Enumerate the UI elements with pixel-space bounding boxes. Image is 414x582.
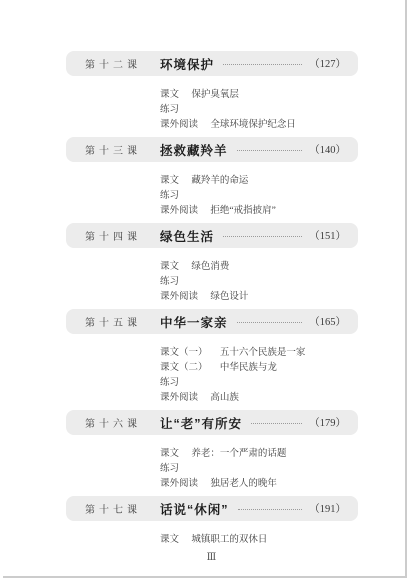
lesson-sub-item: 课外阅读 绿色设计 [160, 290, 358, 305]
dot-leader [251, 423, 302, 424]
sub-item-label: 练习 [160, 464, 179, 474]
sub-item-label: 课文 [160, 535, 179, 545]
lesson-sub-item: 课文 养老：一个严肃的话题 [160, 447, 358, 462]
sub-item-text: 保护臭氧层 [191, 90, 239, 100]
toc-section: 第十三课 拯救藏羚羊 （140） 课文 藏羚羊的命运 练习 课外阅读 拒绝“戒指… [66, 137, 358, 219]
lesson-header: 第十三课 拯救藏羚羊 （140） [66, 137, 358, 162]
lesson-sub-item: 练习 [160, 462, 358, 477]
table-of-contents: 第十二课 环境保护 （127） 课文 保护臭氧层 练习 课外阅读 全球环境保护纪… [66, 51, 358, 563]
lesson-sub-items: 课文 藏羚羊的命运 练习 课外阅读 拒绝“戒指披肩” [66, 174, 358, 219]
toc-section-list: 第十二课 环境保护 （127） 课文 保护臭氧层 练习 课外阅读 全球环境保护纪… [66, 51, 358, 548]
lesson-sub-item: 课外阅读 拒绝“戒指披肩” [160, 204, 358, 219]
lesson-sub-item: 课文（二） 中华民族与龙 [160, 361, 358, 376]
sub-item-text: 中华民族与龙 [220, 363, 277, 373]
lesson-title: 环境保护 [160, 55, 214, 73]
lesson-page-number: （151） [309, 228, 346, 243]
lesson-header: 第十四课 绿色生活 （151） [66, 223, 358, 248]
lesson-page-number: （165） [309, 314, 346, 329]
lesson-header: 第十七课 话说“休闲” （191） [66, 496, 358, 521]
lesson-title: 话说“休闲” [160, 500, 229, 518]
sub-item-label: 课文 [160, 449, 179, 459]
lesson-sub-item: 练习 [160, 189, 358, 204]
sub-item-label: 课文（一） [160, 348, 208, 358]
lesson-sub-items: 课文 绿色消费 练习 课外阅读 绿色设计 [66, 260, 358, 305]
page-number-footer: Ⅲ [66, 552, 358, 563]
dot-leader [238, 509, 303, 510]
toc-section: 第十四课 绿色生活 （151） 课文 绿色消费 练习 课外阅读 绿色设计 [66, 223, 358, 305]
lesson-sub-item: 课文（一） 五十六个民族是一家 [160, 346, 358, 361]
lesson-number: 第十二课 [85, 56, 160, 71]
lesson-sub-item: 课外阅读 高山族 [160, 391, 358, 406]
lesson-page-number: （179） [309, 415, 346, 430]
lesson-header: 第十六课 让“老”有所安 （179） [66, 410, 358, 435]
page-edge-bottom [3, 576, 407, 578]
toc-section: 第十二课 环境保护 （127） 课文 保护臭氧层 练习 课外阅读 全球环境保护纪… [66, 51, 358, 133]
lesson-number: 第十六课 [85, 415, 160, 430]
lesson-sub-item: 练习 [160, 376, 358, 391]
lesson-number: 第十五课 [85, 314, 160, 329]
sub-item-text: 城镇职工的双休日 [191, 535, 267, 545]
toc-section: 第十七课 话说“休闲” （191） 课文 城镇职工的双休日 [66, 496, 358, 548]
lesson-title: 绿色生活 [160, 227, 214, 245]
lesson-sub-item: 课文 城镇职工的双休日 [160, 533, 358, 548]
sub-item-label: 课文 [160, 262, 179, 272]
sub-item-label: 课外阅读 [160, 120, 198, 130]
sub-item-text: 绿色消费 [191, 262, 229, 272]
sub-item-label: 课文（二） [160, 363, 208, 373]
sub-item-label: 课外阅读 [160, 393, 198, 403]
sub-item-text: 拒绝“戒指披肩” [210, 206, 275, 216]
sub-item-text: 五十六个民族是一家 [220, 348, 306, 358]
lesson-sub-items: 课文 城镇职工的双休日 [66, 533, 358, 548]
lesson-sub-item: 课文 绿色消费 [160, 260, 358, 275]
sub-item-label: 课外阅读 [160, 292, 198, 302]
lesson-sub-items: 课文（一） 五十六个民族是一家 课文（二） 中华民族与龙 练习 课外阅读 高山族 [66, 346, 358, 406]
lesson-number: 第十七课 [85, 501, 160, 516]
sub-item-label: 练习 [160, 105, 179, 115]
sub-item-text: 高山族 [210, 393, 239, 403]
toc-section: 第十六课 让“老”有所安 （179） 课文 养老：一个严肃的话题 练习 课外阅读… [66, 410, 358, 492]
lesson-number: 第十四课 [85, 228, 160, 243]
lesson-title: 让“老”有所安 [160, 414, 242, 432]
lesson-sub-item: 练习 [160, 275, 358, 290]
toc-section: 第十五课 中华一家亲 （165） 课文（一） 五十六个民族是一家 课文（二） 中… [66, 309, 358, 406]
sub-item-text: 全球环境保护纪念日 [210, 120, 296, 130]
dot-leader [237, 322, 303, 323]
lesson-sub-item: 练习 [160, 103, 358, 118]
sub-item-label: 练习 [160, 277, 179, 287]
lesson-sub-items: 课文 养老：一个严肃的话题 练习 课外阅读 独居老人的晚年 [66, 447, 358, 492]
lesson-sub-item: 课文 藏羚羊的命运 [160, 174, 358, 189]
sub-item-label: 课文 [160, 90, 179, 100]
lesson-title: 拯救藏羚羊 [160, 141, 228, 159]
sub-item-text: 养老：一个严肃的话题 [191, 449, 286, 459]
sub-item-label: 练习 [160, 378, 179, 388]
sub-item-label: 练习 [160, 191, 179, 201]
lesson-page-number: （127） [309, 56, 346, 71]
dot-leader [223, 236, 302, 237]
lesson-title: 中华一家亲 [160, 313, 228, 331]
lesson-sub-items: 课文 保护臭氧层 练习 课外阅读 全球环境保护纪念日 [66, 88, 358, 133]
lesson-header: 第十二课 环境保护 （127） [66, 51, 358, 76]
dot-leader [237, 150, 303, 151]
lesson-page-number: （191） [309, 501, 346, 516]
sub-item-text: 独居老人的晚年 [210, 479, 277, 489]
lesson-page-number: （140） [309, 142, 346, 157]
dot-leader [223, 64, 302, 65]
sub-item-label: 课外阅读 [160, 206, 198, 216]
sub-item-text: 绿色设计 [210, 292, 248, 302]
sub-item-text: 藏羚羊的命运 [191, 176, 248, 186]
lesson-sub-item: 课外阅读 独居老人的晚年 [160, 477, 358, 492]
sub-item-label: 课文 [160, 176, 179, 186]
lesson-sub-item: 课文 保护臭氧层 [160, 88, 358, 103]
lesson-header: 第十五课 中华一家亲 （165） [66, 309, 358, 334]
lesson-number: 第十三课 [85, 142, 160, 157]
sub-item-label: 课外阅读 [160, 479, 198, 489]
lesson-sub-item: 课外阅读 全球环境保护纪念日 [160, 118, 358, 133]
page-edge-right [405, 0, 407, 578]
